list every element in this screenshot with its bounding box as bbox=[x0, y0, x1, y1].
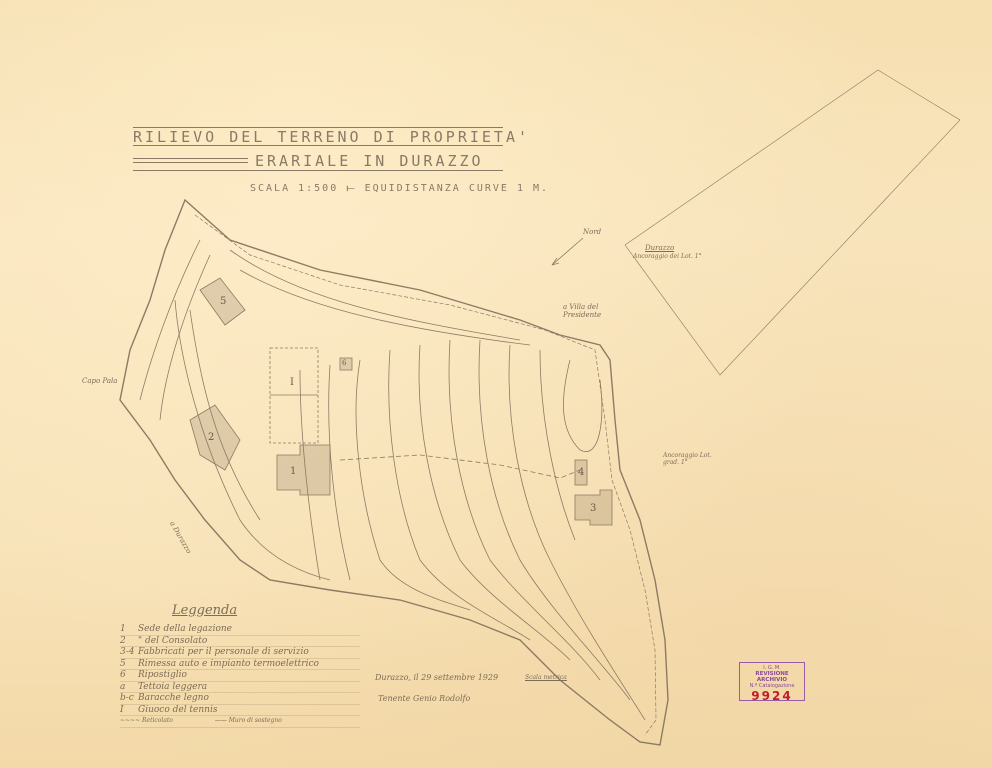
map-title-line1: RILIEVO DEL TERRENO DI PROPRIETA' bbox=[133, 128, 530, 146]
legend-item: IGiuoco del tennis bbox=[120, 705, 360, 717]
durazzo-sublabel: Ancoraggio dei Lot. 1° bbox=[633, 253, 702, 260]
building-label: 2 bbox=[208, 432, 214, 443]
north-label: Nord bbox=[583, 228, 601, 236]
legend-item: b-cBaracche legno bbox=[120, 693, 360, 705]
right-note: Ancoraggio Lot. grad. 1° bbox=[663, 452, 713, 466]
title-rule bbox=[133, 158, 248, 159]
archive-stamp: I. G. M. REVISIONE ARCHIVIO N.º Cataloga… bbox=[739, 662, 805, 701]
building-label: 6 bbox=[342, 359, 346, 367]
title-rule bbox=[133, 127, 503, 128]
durazzo-label: Durazzo bbox=[645, 244, 674, 252]
title-rule bbox=[133, 145, 503, 146]
building-label: 4 bbox=[578, 467, 584, 478]
map-title-line2: ERARIALE IN DURAZZO bbox=[255, 152, 484, 170]
legend-heading: Leggenda bbox=[172, 603, 360, 618]
legend-item: 2" del Consolato bbox=[120, 636, 360, 648]
signature: Tenente Genio Rodolfo bbox=[378, 694, 470, 703]
legend-item: 6Ripostiglio bbox=[120, 670, 360, 682]
scale-line: SCALA 1:500 ⟝ EQUIDISTANZA CURVE 1 M. bbox=[250, 183, 549, 194]
legend-item: 3-4Fabbricati per il personale di serviz… bbox=[120, 647, 360, 659]
building-label: 1 bbox=[290, 466, 296, 477]
scale-note: Scala metrica bbox=[525, 674, 567, 681]
title-rule bbox=[133, 162, 248, 163]
catalog-number: 9924 bbox=[740, 690, 804, 703]
legend-item: 1Sede della legazione bbox=[120, 624, 360, 636]
villa-label: a Villa del Presidente bbox=[563, 303, 623, 319]
legend: Leggenda 1Sede della legazione 2" del Co… bbox=[120, 603, 360, 728]
building-label: 5 bbox=[220, 296, 226, 307]
building-label: 3 bbox=[590, 503, 596, 514]
capo-pala-label: Capo Pala bbox=[82, 377, 117, 385]
title-rule bbox=[133, 170, 503, 171]
date-line: Durazzo, il 29 settembre 1929 bbox=[375, 673, 498, 682]
legend-line-keys: ~~~~ Reticolato —— Muro di sostegno bbox=[120, 716, 360, 728]
legend-item: 5Rimessa auto e impianto termoelettrico bbox=[120, 659, 360, 671]
tennis-court-label: I bbox=[290, 377, 294, 388]
legend-item: aTettoia leggera bbox=[120, 682, 360, 694]
